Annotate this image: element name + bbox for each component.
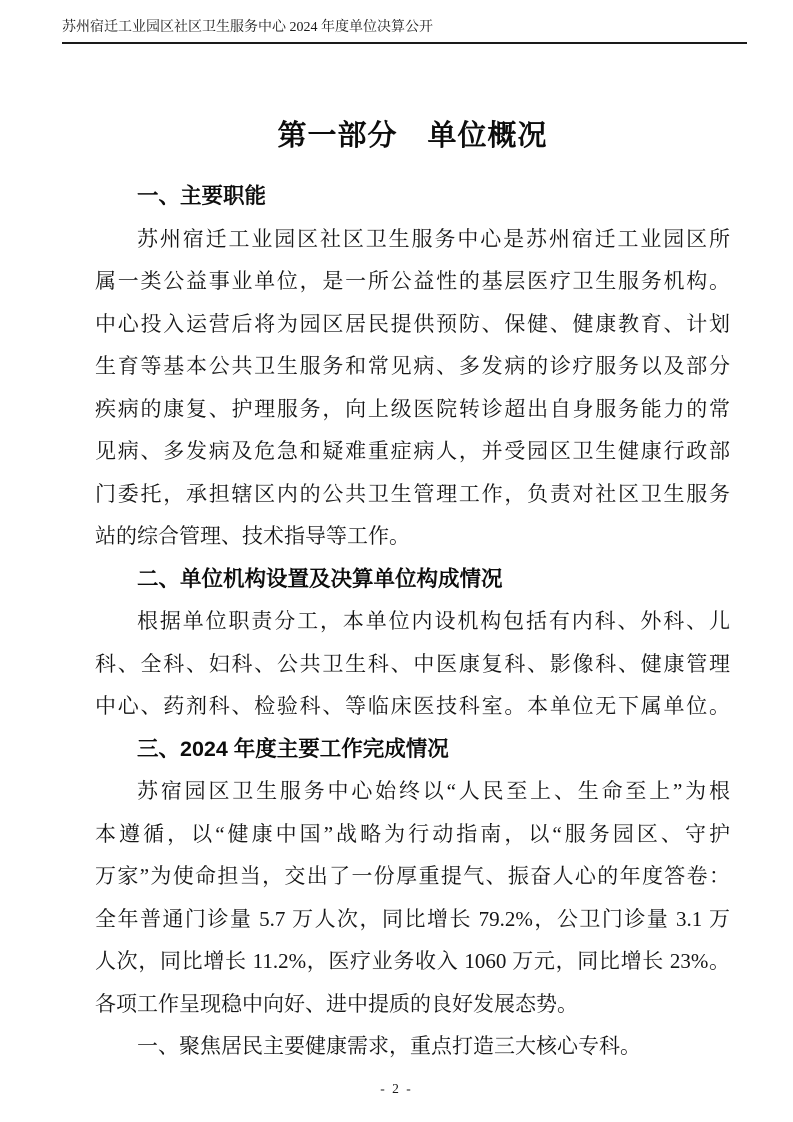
header-title: 苏州宿迁工业园区社区卫生服务中心 2024 年度单位决算公开: [62, 20, 747, 36]
text-line: 站的综合管理、技术指导等工作。: [95, 515, 730, 558]
section-heading: 一、主要职能: [95, 175, 730, 218]
section-heading: 二、单位机构设置及决算单位构成情况: [95, 558, 730, 601]
page-footer: - 2 -: [0, 1080, 793, 1098]
text-line: 中心投入运营后将为园区居民提供预防、保健、健康教育、计划: [95, 303, 730, 346]
text-line: 本遵循，以“健康中国”战略为行动指南，以“服务园区、守护: [95, 813, 730, 856]
text-line: 万家”为使命担当，交出了一份厚重提气、振奋人心的年度答卷：: [95, 855, 730, 898]
document-body: 第一部分 单位概况 一、主要职能苏州宿迁工业园区社区卫生服务中心是苏州宿迁工业园…: [95, 113, 730, 1068]
text-line: 疾病的康复、护理服务，向上级医院转诊超出自身服务能力的常: [95, 388, 730, 431]
text-line: 根据单位职责分工，本单位内设机构包括有内科、外科、儿: [95, 600, 730, 643]
text-line: 一、聚焦居民主要健康需求，重点打造三大核心专科。: [95, 1025, 730, 1068]
text-line: 中心、药剂科、检验科、等临床医技科室。本单位无下属单位。: [95, 685, 730, 728]
text-line: 科、全科、妇科、公共卫生科、中医康复科、影像科、健康管理: [95, 643, 730, 686]
section-heading: 三、2024 年度主要工作完成情况: [95, 728, 730, 771]
text-line: 全年普通门诊量 5.7 万人次，同比增长 79.2%，公卫门诊量 3.1 万: [95, 898, 730, 941]
text-line: 各项工作呈现稳中向好、进中提质的良好发展态势。: [95, 983, 730, 1026]
text-line: 苏宿园区卫生服务中心始终以“人民至上、生命至上”为根: [95, 770, 730, 813]
text-line: 见病、多发病及危急和疑难重症病人，并受园区卫生健康行政部: [95, 430, 730, 473]
text-line: 门委托，承担辖区内的公共卫生管理工作，负责对社区卫生服务: [95, 473, 730, 516]
text-line: 生育等基本公共卫生服务和常见病、多发病的诊疗服务以及部分: [95, 345, 730, 388]
document-page: 苏州宿迁工业园区社区卫生服务中心 2024 年度单位决算公开 第一部分 单位概况…: [0, 0, 793, 1122]
page-header: 苏州宿迁工业园区社区卫生服务中心 2024 年度单位决算公开: [62, 20, 747, 44]
body-lines: 一、主要职能苏州宿迁工业园区社区卫生服务中心是苏州宿迁工业园区所属一类公益事业单…: [95, 175, 730, 1068]
text-line: 人次，同比增长 11.2%，医疗业务收入 1060 万元，同比增长 23%。: [95, 940, 730, 983]
text-line: 苏州宿迁工业园区社区卫生服务中心是苏州宿迁工业园区所: [95, 218, 730, 261]
text-line: 属一类公益事业单位，是一所公益性的基层医疗卫生服务机构。: [95, 260, 730, 303]
document-title: 第一部分 单位概况: [95, 113, 730, 159]
page-number: - 2 -: [380, 1081, 413, 1096]
